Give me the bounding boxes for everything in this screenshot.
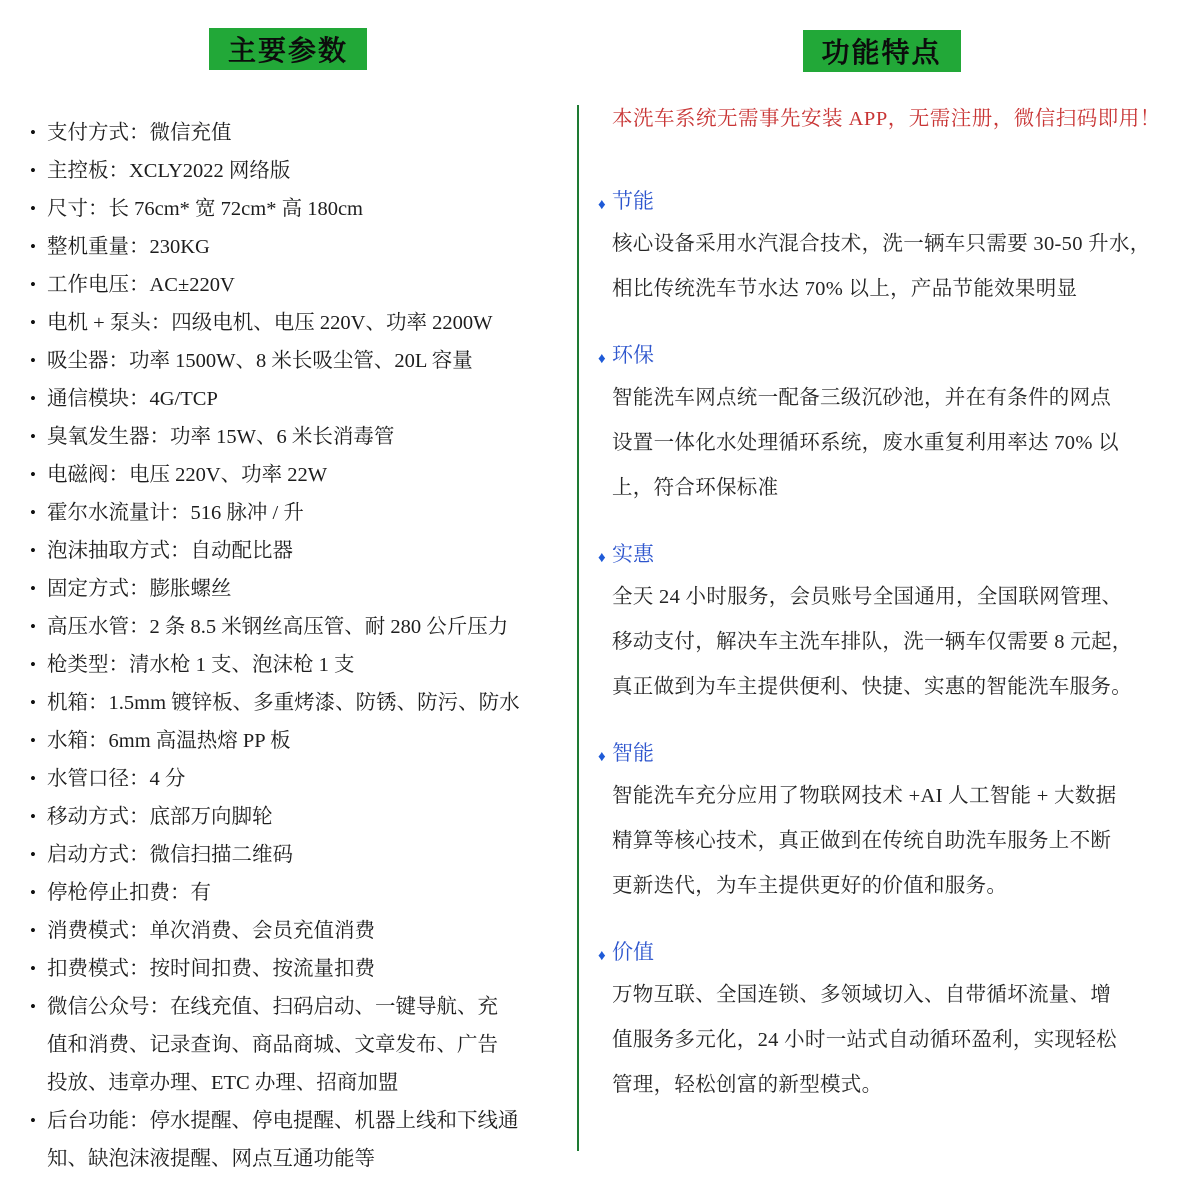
feature-section: ♦ 节能 核心设备采用水汽混合技术，洗一辆车只需要 30-50 升水， 相比传统… [598,186,1165,312]
section-title-row: ♦ 智能 [612,738,1165,768]
spec-item: • 移动方式：底部万向脚轮 [30,798,546,836]
bullet-dot-icon: • [30,722,36,760]
spec-item: • 尺寸：长 76cm* 宽 72cm* 高 180cm [30,190,546,228]
bullet-dot-icon: • [30,418,36,456]
bullet-dot-icon: • [30,342,36,380]
section-body: 全天 24 小时服务，会员账号全国通用，全国联网管理、 移动支付，解决车主洗车排… [612,575,1165,710]
spec-item-text: 整机重量：230KG [47,236,210,258]
parameters-header: 主要参数 [209,28,367,70]
spec-item: • 臭氧发生器：功率 15W、6 米长消毒管 [30,418,546,456]
spec-item-text: 高压水管：2 条 8.5 米钢丝高压管、耐 280 公斤压力 [47,616,508,638]
spec-item: • 电磁阀：电压 220V、功率 22W [30,456,546,494]
bullet-dot-icon: • [30,190,36,228]
feature-section: ♦ 环保 智能洗车网点统一配备三级沉砂池，并在有条件的网点 设置一体化水处理循环… [598,340,1165,511]
spec-item: • 扣费模式：按时间扣费、按流量扣费 [30,950,546,988]
spec-item: • 水箱：6mm 高温热熔 PP 板 [30,722,546,760]
spec-item: • 吸尘器：功率 1500W、8 米长吸尘管、20L 容量 [30,342,546,380]
bullet-dot-icon: • [30,798,36,836]
spec-item: • 霍尔水流量计：516 脉冲 / 升 [30,494,546,532]
spec-item: • 枪类型：清水枪 1 支、泡沫枪 1 支 [30,646,546,684]
spec-item: • 高压水管：2 条 8.5 米钢丝高压管、耐 280 公斤压力 [30,608,546,646]
bullet-dot-icon: • [30,988,36,1026]
spec-item-text: 主控板：XCLY2022 网络版 [47,160,290,182]
section-title-row: ♦ 实惠 [612,539,1165,569]
spec-item: • 整机重量：230KG [30,228,546,266]
spec-item-text: 水管口径：4 分 [47,768,185,790]
spec-item-text: 泡沫抽取方式：自动配比器 [47,540,293,562]
spec-item-text: 停枪停止扣费：有 [47,882,211,904]
spec-item-text: 尺寸：长 76cm* 宽 72cm* 高 180cm [47,198,363,220]
section-title: 节能 [612,189,654,213]
feature-section: ♦ 智能 智能洗车充分应用了物联网技术 +AI 人工智能 + 大数据 精算等核心… [598,738,1165,909]
bullet-dot-icon: • [30,532,36,570]
bullet-dot-icon: • [30,266,36,304]
bullet-dot-icon: • [30,228,36,266]
bullet-dot-icon: • [30,152,36,190]
bullet-dot-icon: • [30,836,36,874]
spec-item: • 消费模式：单次消费、会员充值消费 [30,912,546,950]
spec-item-text: 通信模块：4G/TCP [47,388,218,410]
features-header: 功能特点 [803,30,961,72]
column-divider [577,105,579,1151]
section-title: 智能 [612,741,654,765]
spec-item: • 机箱：1.5mm 镀锌板、多重烤漆、防锈、防污、防水 [30,684,546,722]
spec-item-text: 水箱：6mm 高温热熔 PP 板 [47,730,291,752]
bullet-dot-icon: • [30,494,36,532]
spec-item-text: 电机 + 泵头：四级电机、电压 220V、功率 2200W [47,312,492,334]
spec-item-text: 扣费模式：按时间扣费、按流量扣费 [47,958,375,980]
diamond-icon: ♦ [598,941,606,971]
page: 主要参数 • 支付方式：微信充值 • 主控板：XCLY2022 网络版 • 尺寸… [0,0,1191,1191]
diamond-icon: ♦ [598,344,606,374]
spec-item: • 停枪停止扣费：有 [30,874,546,912]
spec-item: • 通信模块：4G/TCP [30,380,546,418]
section-body: 核心设备采用水汽混合技术，洗一辆车只需要 30-50 升水， 相比传统洗车节水达… [612,222,1165,312]
section-title: 价值 [612,940,654,964]
spec-item: • 固定方式：膨胀螺丝 [30,570,546,608]
section-title-row: ♦ 环保 [612,340,1165,370]
notice-text: 本洗车系统无需事先安装 APP，无需注册，微信扫码即用！ [598,106,1165,132]
bullet-dot-icon: • [30,608,36,646]
section-body: 智能洗车网点统一配备三级沉砂池，并在有条件的网点 设置一体化水处理循环系统，废水… [612,376,1165,511]
spec-item: • 泡沫抽取方式：自动配比器 [30,532,546,570]
section-body: 万物互联、全国连锁、多领域切入、自带循坏流量、增 值服务多元化，24 小时一站式… [612,973,1165,1108]
spec-item: • 后台功能：停水提醒、停电提醒、机器上线和下线通 知、缺泡沫液提醒、网点互通功… [30,1102,546,1178]
spec-item-text: 微信公众号：在线充值、扫码启动、一键导航、充 值和消费、记录查询、商品商城、文章… [47,996,498,1094]
spec-item-text: 枪类型：清水枪 1 支、泡沫枪 1 支 [47,654,355,676]
bullet-dot-icon: • [30,950,36,988]
feature-sections: ♦ 节能 核心设备采用水汽混合技术，洗一辆车只需要 30-50 升水， 相比传统… [598,186,1165,1108]
spec-item: • 启动方式：微信扫描二维码 [30,836,546,874]
spec-item-text: 固定方式：膨胀螺丝 [47,578,232,600]
section-title: 环保 [612,343,654,367]
spec-item-text: 机箱：1.5mm 镀锌板、多重烤漆、防锈、防污、防水 [47,692,520,714]
bullet-dot-icon: • [30,760,36,798]
diamond-icon: ♦ [598,742,606,772]
spec-item: • 支付方式：微信充值 [30,114,546,152]
bullet-dot-icon: • [30,380,36,418]
spec-item-text: 支付方式：微信充值 [47,122,232,144]
feature-section: ♦ 价值 万物互联、全国连锁、多领域切入、自带循坏流量、增 值服务多元化，24 … [598,937,1165,1108]
spec-item-text: 移动方式：底部万向脚轮 [47,806,273,828]
bullet-dot-icon: • [30,646,36,684]
bullet-dot-icon: • [30,912,36,950]
spec-item-text: 臭氧发生器：功率 15W、6 米长消毒管 [47,426,394,448]
spec-item: • 水管口径：4 分 [30,760,546,798]
bullet-dot-icon: • [30,684,36,722]
spec-item-text: 启动方式：微信扫描二维码 [47,844,293,866]
bullet-dot-icon: • [30,114,36,152]
spec-item: • 主控板：XCLY2022 网络版 [30,152,546,190]
bullet-dot-icon: • [30,304,36,342]
spec-item: • 工作电压：AC±220V [30,266,546,304]
bullet-dot-icon: • [30,1102,36,1140]
diamond-icon: ♦ [598,190,606,220]
spec-list: • 支付方式：微信充值 • 主控板：XCLY2022 网络版 • 尺寸：长 76… [30,114,546,1178]
spec-item-text: 霍尔水流量计：516 脉冲 / 升 [47,502,304,524]
spec-item-text: 消费模式：单次消费、会员充值消费 [47,920,375,942]
section-body: 智能洗车充分应用了物联网技术 +AI 人工智能 + 大数据 精算等核心技术，真正… [612,774,1165,909]
feature-section: ♦ 实惠 全天 24 小时服务，会员账号全国通用，全国联网管理、 移动支付，解决… [598,539,1165,710]
spec-item-text: 后台功能：停水提醒、停电提醒、机器上线和下线通 知、缺泡沫液提醒、网点互通功能等 [47,1110,519,1170]
bullet-dot-icon: • [30,570,36,608]
right-column-features: 功能特点 本洗车系统无需事先安装 APP，无需注册，微信扫码即用！ ♦ 节能 核… [578,0,1191,1191]
spec-item: • 电机 + 泵头：四级电机、电压 220V、功率 2200W [30,304,546,342]
left-column-parameters: 主要参数 • 支付方式：微信充值 • 主控板：XCLY2022 网络版 • 尺寸… [0,0,578,1191]
section-title: 实惠 [612,542,654,566]
section-title-row: ♦ 价值 [612,937,1165,967]
spec-item-text: 电磁阀：电压 220V、功率 22W [47,464,327,486]
diamond-icon: ♦ [598,543,606,573]
bullet-dot-icon: • [30,874,36,912]
spec-item: • 微信公众号：在线充值、扫码启动、一键导航、充 值和消费、记录查询、商品商城、… [30,988,546,1102]
spec-item-text: 吸尘器：功率 1500W、8 米长吸尘管、20L 容量 [47,350,473,372]
section-title-row: ♦ 节能 [612,186,1165,216]
spec-item-text: 工作电压：AC±220V [47,274,235,296]
bullet-dot-icon: • [30,456,36,494]
